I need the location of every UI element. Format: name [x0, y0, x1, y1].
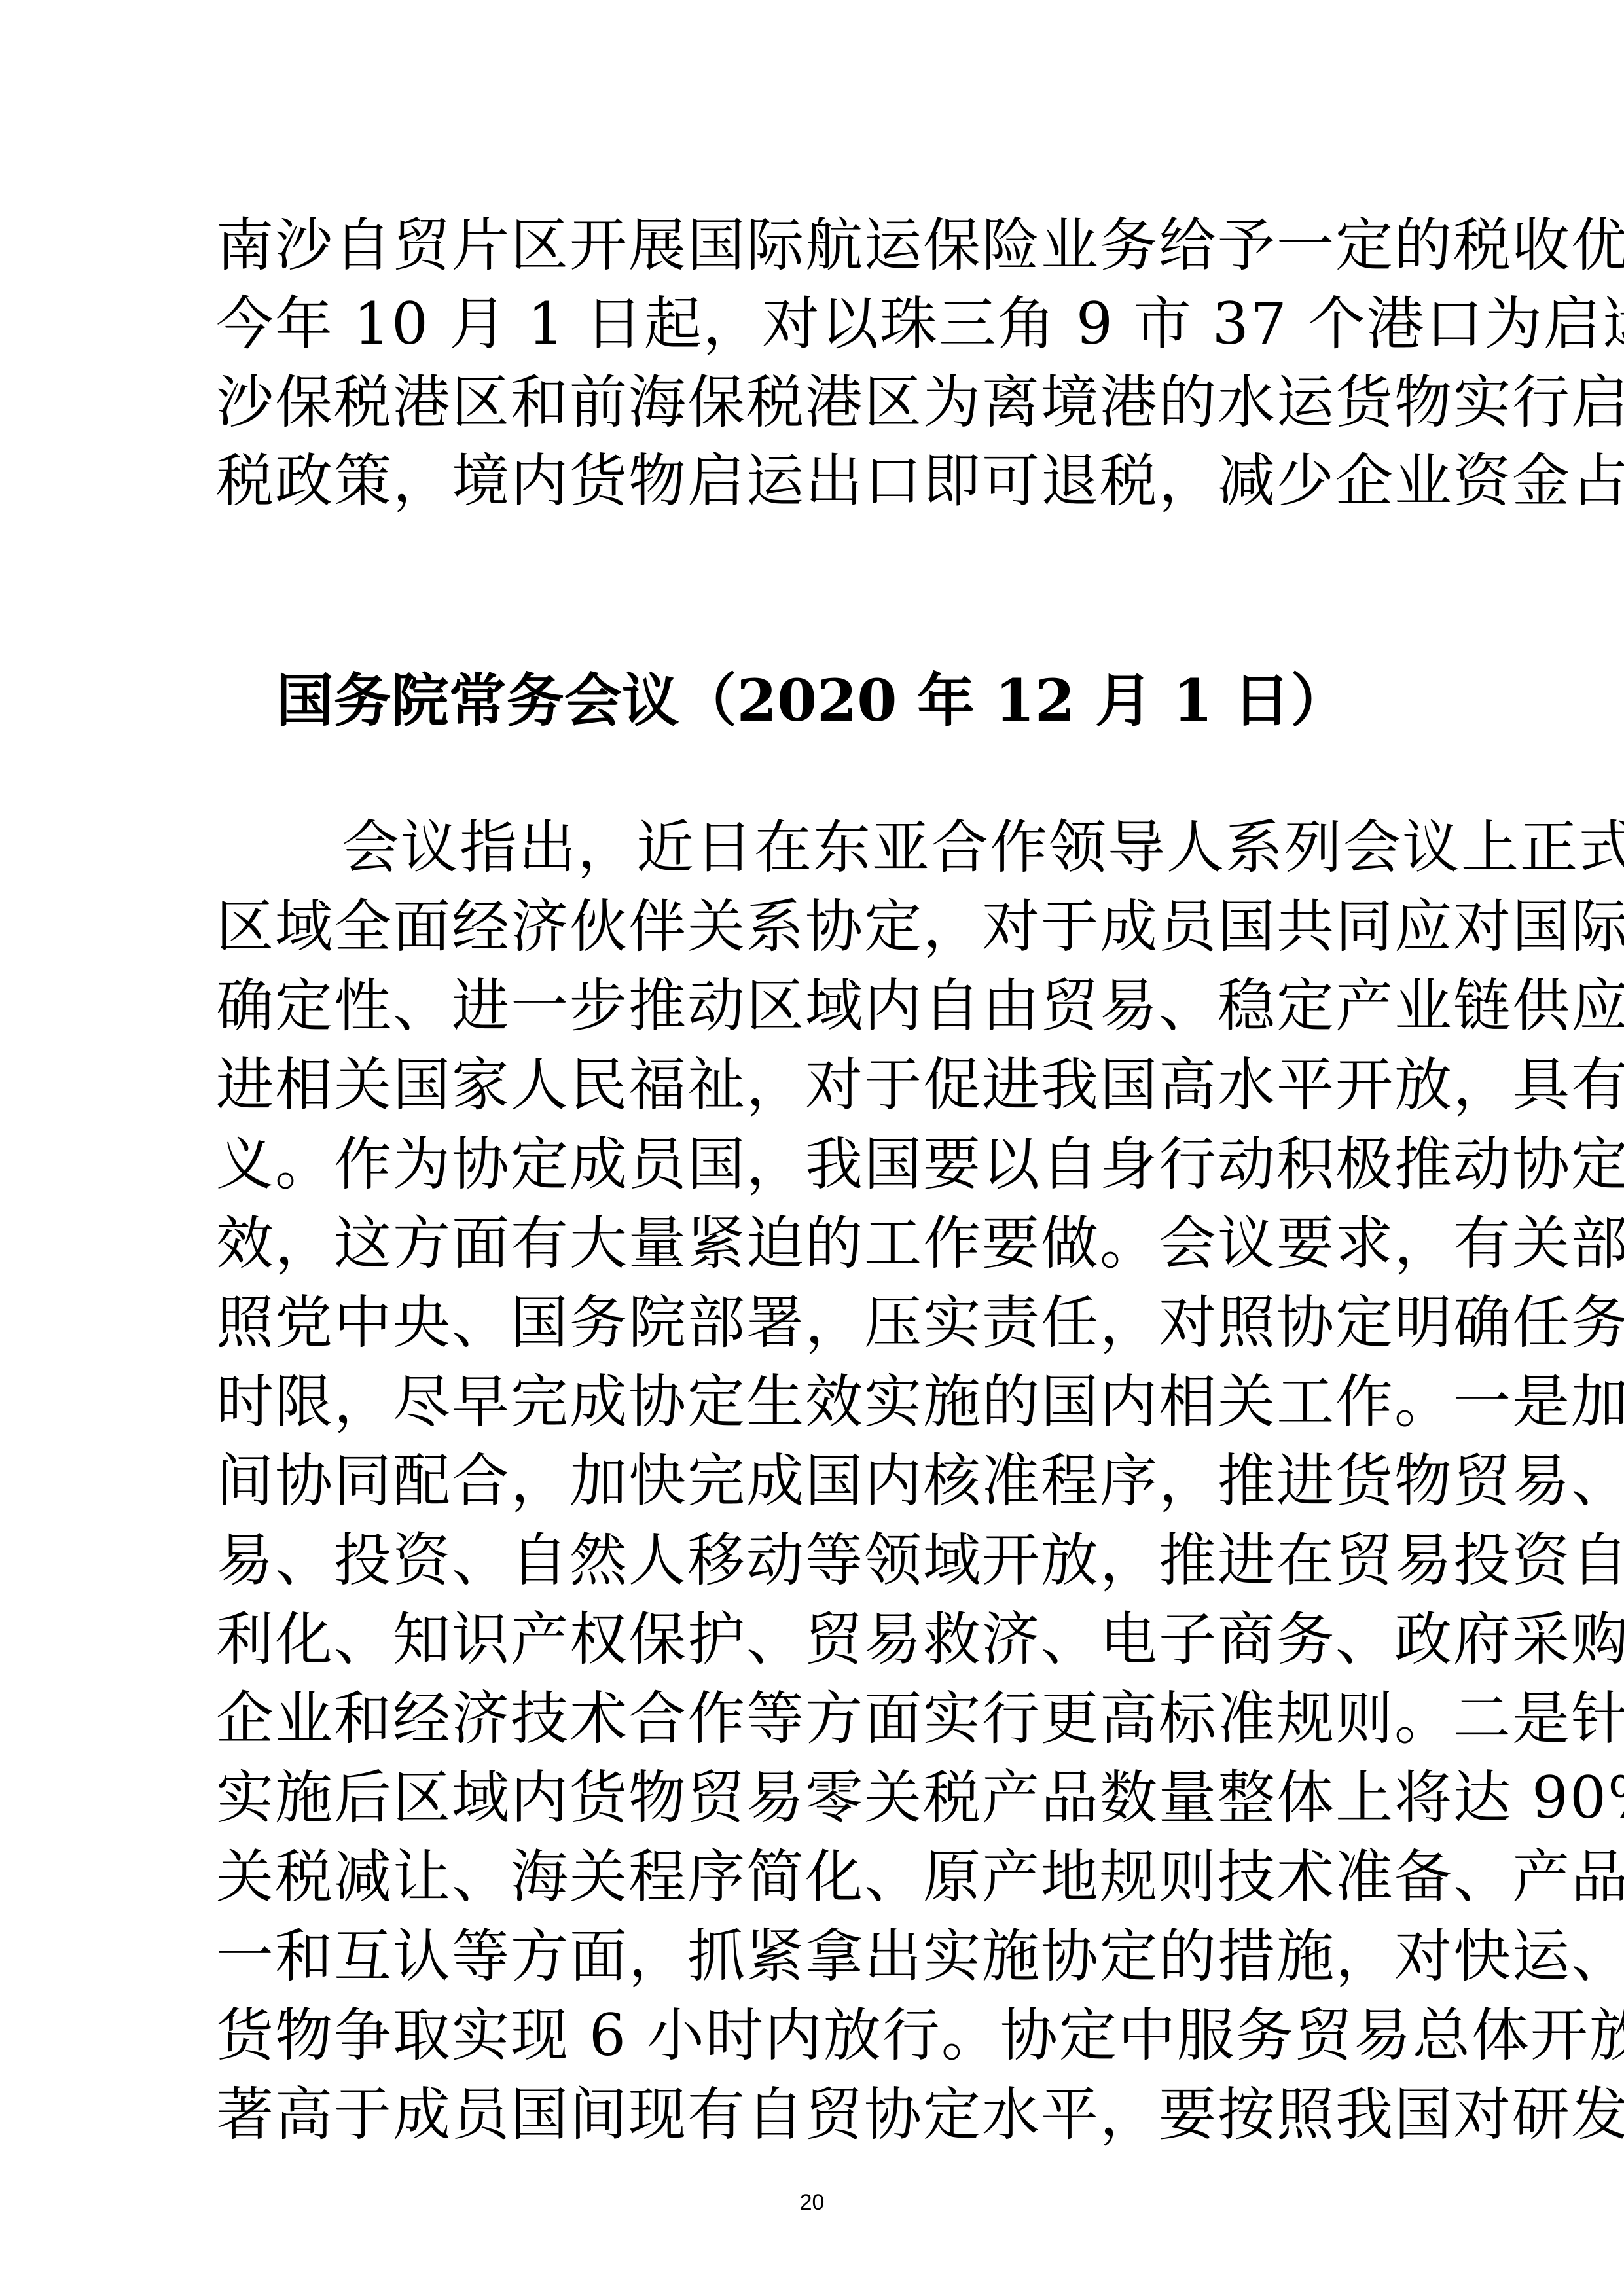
paragraph-line: 南沙自贸片区开展国际航运保险业务给予一定的税收优惠；从	[216, 209, 1410, 281]
paragraph-line: 易、投资、自然人移动等领域开放，推进在贸易投资自由化便	[216, 1524, 1410, 1596]
paragraph-line: 税政策，境内货物启运出口即可退税，减少企业资金占压成本。	[216, 445, 1410, 517]
paragraph-line: 区域全面经济伙伴关系协定，对于成员国共同应对国际环境不	[216, 891, 1410, 963]
paragraph-line: 一和互认等方面，抓紧拿出实施协定的措施，对快运、易腐等	[216, 1920, 1410, 1992]
paragraph-line: 企业和经济技术合作等方面实行更高标准规则。二是针对协定	[216, 1683, 1410, 1755]
paragraph-line: 确定性、进一步推动区域内自由贸易、稳定产业链供应链、增	[216, 970, 1410, 1042]
paragraph-line: 关税减让、海关程序简化、原产地规则技术准备、产品标准统	[216, 1841, 1410, 1913]
paragraph-line: 著高于成员国间现有自贸协定水平，要按照我国对研发、管理	[216, 2079, 1410, 2151]
paragraph-line: 照党中央、国务院部署，压实责任，对照协定明确任务分工和	[216, 1287, 1410, 1359]
paragraph-line: 义。作为协定成员国，我国要以自身行动积极推动协定落地生	[216, 1128, 1410, 1200]
paragraph-line: 沙保税港区和前海保税港区为离境港的水运货物实行启运港退	[216, 367, 1410, 439]
paragraph-line: 效，这方面有大量紧迫的工作要做。会议要求，有关部门要按	[216, 1208, 1410, 1280]
paragraph-line: 今年 10 月 1 日起，对以珠三角 9 市 37 个港口为启运港、以南	[216, 288, 1410, 360]
paragraph-line: 利化、知识产权保护、贸易救济、电子商务、政府采购、中小	[216, 1604, 1410, 1676]
document-page: 南沙自贸片区开展国际航运保险业务给予一定的税收优惠；从 今年 10 月 1 日起…	[0, 0, 1624, 2296]
section-title: 国务院常务会议（2020 年 12 月 1 日）	[0, 661, 1624, 740]
paragraph-line: 进相关国家人民福祉，对于促进我国高水平开放，具有重要意	[216, 1049, 1410, 1121]
paragraph-line: 会议指出，近日在东亚合作领导人系列会议上正式签署的	[342, 812, 1410, 884]
page-number: 20	[0, 2186, 1624, 2219]
paragraph-line: 时限，尽早完成协定生效实施的国内相关工作。一是加强部门	[216, 1366, 1410, 1438]
paragraph-line: 货物争取实现 6 小时内放行。协定中服务贸易总体开放承诺显	[216, 2000, 1410, 2072]
paragraph-line: 实施后区域内货物贸易零关税产品数量整体上将达 90%等，要在	[216, 1762, 1410, 1834]
paragraph-line: 间协同配合，加快完成国内核准程序，推进货物贸易、服务贸	[216, 1445, 1410, 1517]
